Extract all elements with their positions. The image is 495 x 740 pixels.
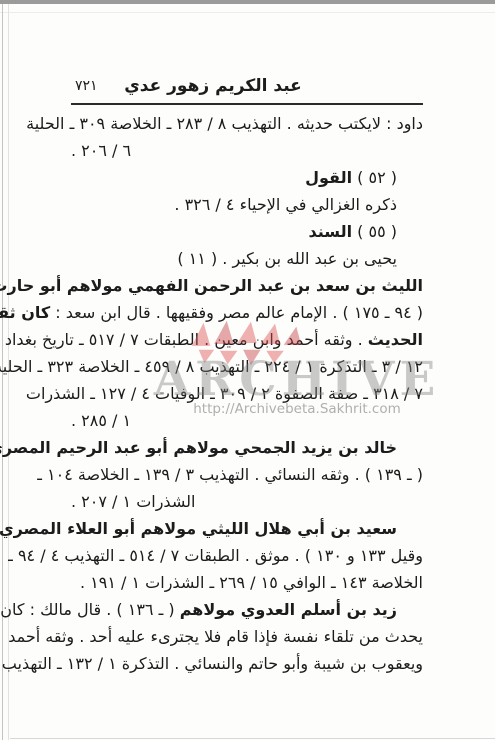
text: ( ـ ١٣٦ ) . قال مالك : كان زيد bbox=[0, 600, 180, 619]
text: داود : لايكتب حديثه . التهذيب ٨ / ٢٨٣ ـ … bbox=[26, 114, 423, 133]
text: ذكره الغزالي في الإحياء ٤ / ٣٢٦ . bbox=[174, 195, 397, 214]
bold-text: الحديث bbox=[368, 330, 423, 349]
text: ٦ / ٢٠٦ . bbox=[71, 141, 131, 160]
text: ( ـ ١٣٩ ) . وثقه النسائي . التهذيب ٣ / ١… bbox=[37, 465, 423, 484]
text-line: يحدث من تلقاء نفسة فإذا قام فلا يجترىء ع… bbox=[71, 623, 423, 650]
text: الخلاصة ١٤٣ ـ الوافي ١٥ / ٢٦٩ ـ الشذرات … bbox=[80, 573, 423, 592]
text-line: ( ٥٢ ) القول bbox=[71, 164, 423, 191]
header-title: عبد الكريم زهور عدي bbox=[37, 76, 389, 96]
text-line: سعيد بن أبي هلال الليثي مولاهم أبو العلا… bbox=[71, 515, 423, 542]
watermark-title: ARCHIVE bbox=[152, 352, 442, 407]
scan-edge-top bbox=[0, 0, 495, 4]
text-line: ( ٥٥ ) السند bbox=[71, 218, 423, 245]
scanned-book-page: ٧٢١ عبد الكريم زهور عدي داود : لايكتب حد… bbox=[0, 0, 495, 740]
bold-text: كان ثقة كثير bbox=[0, 303, 50, 322]
text-line: ويعقوب بن شيبة وأبو حاتم والنسائي . التذ… bbox=[71, 650, 423, 677]
text: ( ٥٥ ) bbox=[352, 222, 397, 241]
text-line: خالد بن يزيد الجمحي مولاهم أبو عبد الرحي… bbox=[71, 434, 423, 461]
text: يحيى بن عبد الله بن بكير . ( ١١ ) bbox=[177, 249, 397, 268]
bold-text: خالد بن يزيد الجمحي مولاهم أبو عبد الرحي… bbox=[0, 438, 397, 457]
bold-text: الليث بن سعد بن عبد الرحمن الفهمي مولاهم… bbox=[0, 276, 423, 295]
text: الشذرات ١ / ٢٠٧ . bbox=[71, 492, 195, 511]
text: . وثقه أحمد وابن معين . الطبقات ٧ / ٥١٧ … bbox=[5, 330, 368, 349]
text-line: ذكره الغزالي في الإحياء ٤ / ٣٢٦ . bbox=[71, 191, 423, 218]
text-line: الشذرات ١ / ٢٠٧ . bbox=[71, 488, 423, 515]
text: ويعقوب بن شيبة وأبو حاتم والنسائي . التذ… bbox=[2, 654, 423, 673]
bold-text: القول bbox=[305, 168, 352, 187]
scan-edge-bottom bbox=[10, 738, 495, 739]
text: ( ٥٢ ) bbox=[352, 168, 397, 187]
text-line: ( ـ ١٣٩ ) . وثقه النسائي . التهذيب ٣ / ١… bbox=[71, 461, 423, 488]
text-line: زيد بن أسلم العدوي مولاهم ( ـ ١٣٦ ) . قا… bbox=[71, 596, 423, 623]
text: وقيل ١٣٣ و ١٣٠ ) . موثق . الطبقات ٧ / ٥١… bbox=[8, 546, 423, 565]
text-line: الليث بن سعد بن عبد الرحمن الفهمي مولاهم… bbox=[71, 272, 423, 299]
text: يحدث من تلقاء نفسة فإذا قام فلا يجترىء ع… bbox=[8, 627, 423, 646]
text: ١ / ٢٨٥ . bbox=[71, 411, 131, 430]
text-line: وقيل ١٣٣ و ١٣٠ ) . موثق . الطبقات ٧ / ٥١… bbox=[71, 542, 423, 569]
scan-edge-line bbox=[0, 12, 495, 13]
text-line: الخلاصة ١٤٣ ـ الوافي ١٥ / ٢٦٩ ـ الشذرات … bbox=[71, 569, 423, 596]
page-header: ٧٢١ عبد الكريم زهور عدي bbox=[71, 74, 423, 105]
text-line: ٦ / ٢٠٦ . bbox=[71, 137, 423, 164]
bold-text: زيد بن أسلم العدوي مولاهم bbox=[180, 600, 397, 619]
text-line: داود : لايكتب حديثه . التهذيب ٨ / ٢٨٣ ـ … bbox=[71, 110, 423, 137]
watermark-url: http://Archivebeta.Sakhrit.com bbox=[152, 401, 442, 417]
text-line: يحيى بن عبد الله بن بكير . ( ١١ ) bbox=[71, 245, 423, 272]
bold-text: السند bbox=[309, 222, 353, 241]
bold-text: سعيد بن أبي هلال الليثي مولاهم أبو العلا… bbox=[0, 519, 397, 538]
